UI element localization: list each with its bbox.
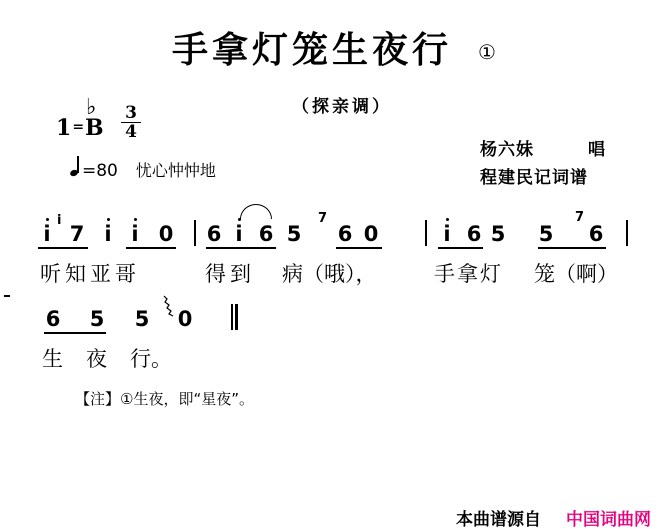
source-site-link[interactable]: 中国词曲网 bbox=[566, 505, 651, 529]
glissando-icon bbox=[163, 295, 175, 317]
note: 5 bbox=[88, 307, 106, 331]
note: 0 bbox=[176, 307, 194, 331]
underline bbox=[44, 332, 106, 334]
source-label: 本曲谱源自 bbox=[456, 505, 541, 529]
footnote: 【注】①生夜，即“星夜”。 bbox=[75, 388, 254, 409]
lyric: 夜 bbox=[86, 343, 107, 373]
final-barline-thin bbox=[231, 304, 233, 330]
note: 5 bbox=[133, 307, 151, 331]
score-line-2: 6 5 5 0 bbox=[0, 0, 664, 400]
lyric: 生 bbox=[42, 343, 63, 373]
lyric: 行。 bbox=[130, 343, 172, 373]
final-barline-thick bbox=[235, 304, 238, 330]
note: 6 bbox=[44, 307, 62, 331]
scan-mark bbox=[4, 295, 10, 297]
